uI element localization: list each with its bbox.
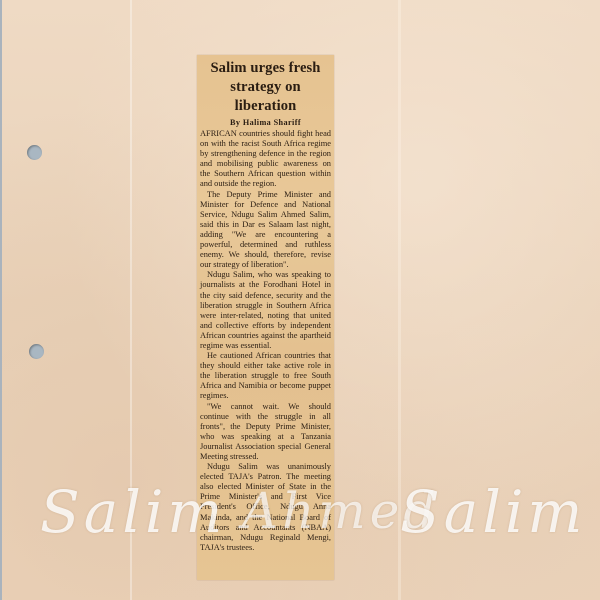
binder-hole	[29, 344, 44, 359]
page-edge	[0, 0, 2, 600]
article-byline: By Halima Shariff	[200, 118, 331, 127]
binder-hole	[27, 145, 42, 160]
article-paragraph: He cautioned African countries that they…	[200, 351, 331, 401]
article-body: AFRICAN countries should fight head on w…	[200, 129, 331, 553]
article-paragraph: AFRICAN countries should fight head on w…	[200, 129, 331, 190]
article-paragraph: "We cannot wait. We should continue with…	[200, 402, 331, 463]
article-headline: Salim urges fresh strategy on liberation	[200, 59, 331, 116]
article-paragraph: Ndugu Salim was unanimously elected TAJA…	[200, 462, 331, 553]
paper-fold-line	[130, 0, 132, 600]
scrapbook-page: Salim urges fresh strategy on liberation…	[0, 0, 600, 600]
paper-fold-line	[398, 0, 401, 600]
watermark-last-name: Salim	[400, 478, 586, 546]
article-paragraph: The Deputy Prime Minister and Minister f…	[200, 190, 331, 271]
newspaper-clipping: Salim urges fresh strategy on liberation…	[197, 55, 334, 580]
article-paragraph: Ndugu Salim, who was speaking to journal…	[200, 270, 331, 351]
